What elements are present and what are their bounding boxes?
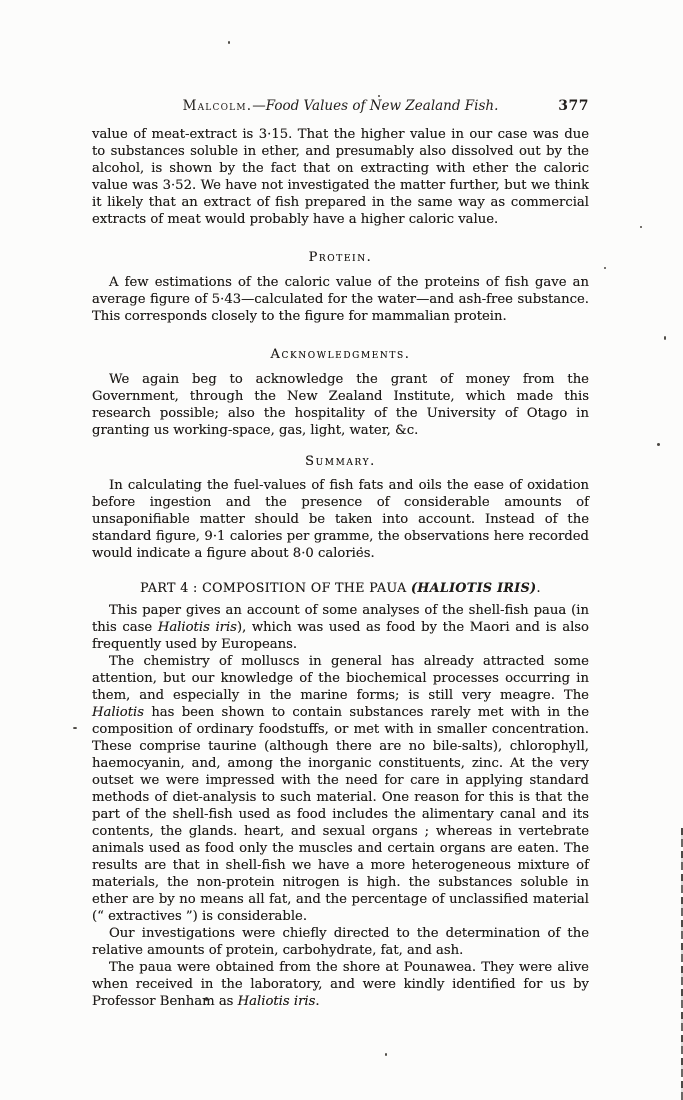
protein-paragraph: A few estimations of the caloric value o…	[92, 274, 589, 325]
scanned-journal-page: Malcolm.—Food Values of New Zealand Fish…	[0, 0, 683, 1100]
ink-speck	[360, 547, 362, 549]
ink-speck	[73, 727, 77, 729]
text-block: value of meat-extract is 3·15. That the …	[92, 126, 589, 1010]
page-number: 377	[558, 98, 589, 114]
article-title: Food Values of New Zealand Fish.	[266, 98, 499, 114]
section-heading-summary: Summary.	[92, 453, 589, 470]
author-name: Malcolm.	[183, 98, 253, 114]
paragraph-text: Our investigations were chiefly directed…	[92, 926, 589, 958]
ink-speck	[640, 226, 642, 228]
paragraph-text: has been shown to contain substances rar…	[92, 705, 589, 924]
section-heading-acknowledgments: Acknowledgments.	[92, 346, 589, 363]
ink-speck	[228, 41, 230, 44]
paragraph-text: We again beg to acknowledge the grant of…	[92, 372, 589, 438]
section-heading-protein: Protein.	[92, 249, 589, 266]
species-name-italic: Haliotis iris	[238, 994, 316, 1009]
part4-paragraph-4: The paua were obtained from the shore at…	[92, 959, 589, 1010]
genus-name-italic: Haliotis	[92, 705, 144, 720]
part4-heading-suffix: .	[536, 580, 540, 595]
paragraph-text: .	[315, 994, 319, 1009]
running-head: Malcolm.—Food Values of New Zealand Fish…	[92, 98, 589, 114]
paragraph-text: value of meat-extract is 3·15. That the …	[92, 127, 589, 227]
part4-paragraph-3: Our investigations were chiefly directed…	[92, 925, 589, 959]
species-name-italic: Haliotis iris	[158, 620, 237, 635]
ink-speck	[385, 1053, 387, 1056]
part4-paragraph-1: This paper gives an account of some anal…	[92, 602, 589, 653]
part4-paragraph-2: The chemistry of molluscs in general has…	[92, 653, 589, 925]
part4-heading: PART 4 : COMPOSITION OF THE PAUA (HALIOT…	[92, 579, 589, 596]
part4-heading-prefix: PART 4 : COMPOSITION OF THE PAUA	[140, 580, 411, 595]
paragraph-text: In calculating the fuel-values of fish f…	[92, 478, 589, 561]
ink-speck	[657, 443, 660, 446]
summary-paragraph: In calculating the fuel-values of fish f…	[92, 477, 589, 562]
part4-heading-species: (HALIOTIS IRIS)	[411, 580, 536, 595]
continuation-paragraph: value of meat-extract is 3·15. That the …	[92, 126, 589, 228]
acknowledgments-paragraph: We again beg to acknowledge the grant of…	[92, 371, 589, 439]
ink-speck	[664, 336, 666, 340]
paragraph-text: The paua were obtained from the shore at…	[92, 960, 589, 1009]
header-dash: —	[252, 98, 266, 114]
paragraph-text: A few estimations of the caloric value o…	[92, 275, 589, 324]
ink-speck	[205, 997, 208, 1001]
ink-speck	[604, 267, 606, 269]
ink-speck	[378, 95, 380, 97]
paragraph-text: The chemistry of molluscs in general has…	[92, 654, 589, 703]
